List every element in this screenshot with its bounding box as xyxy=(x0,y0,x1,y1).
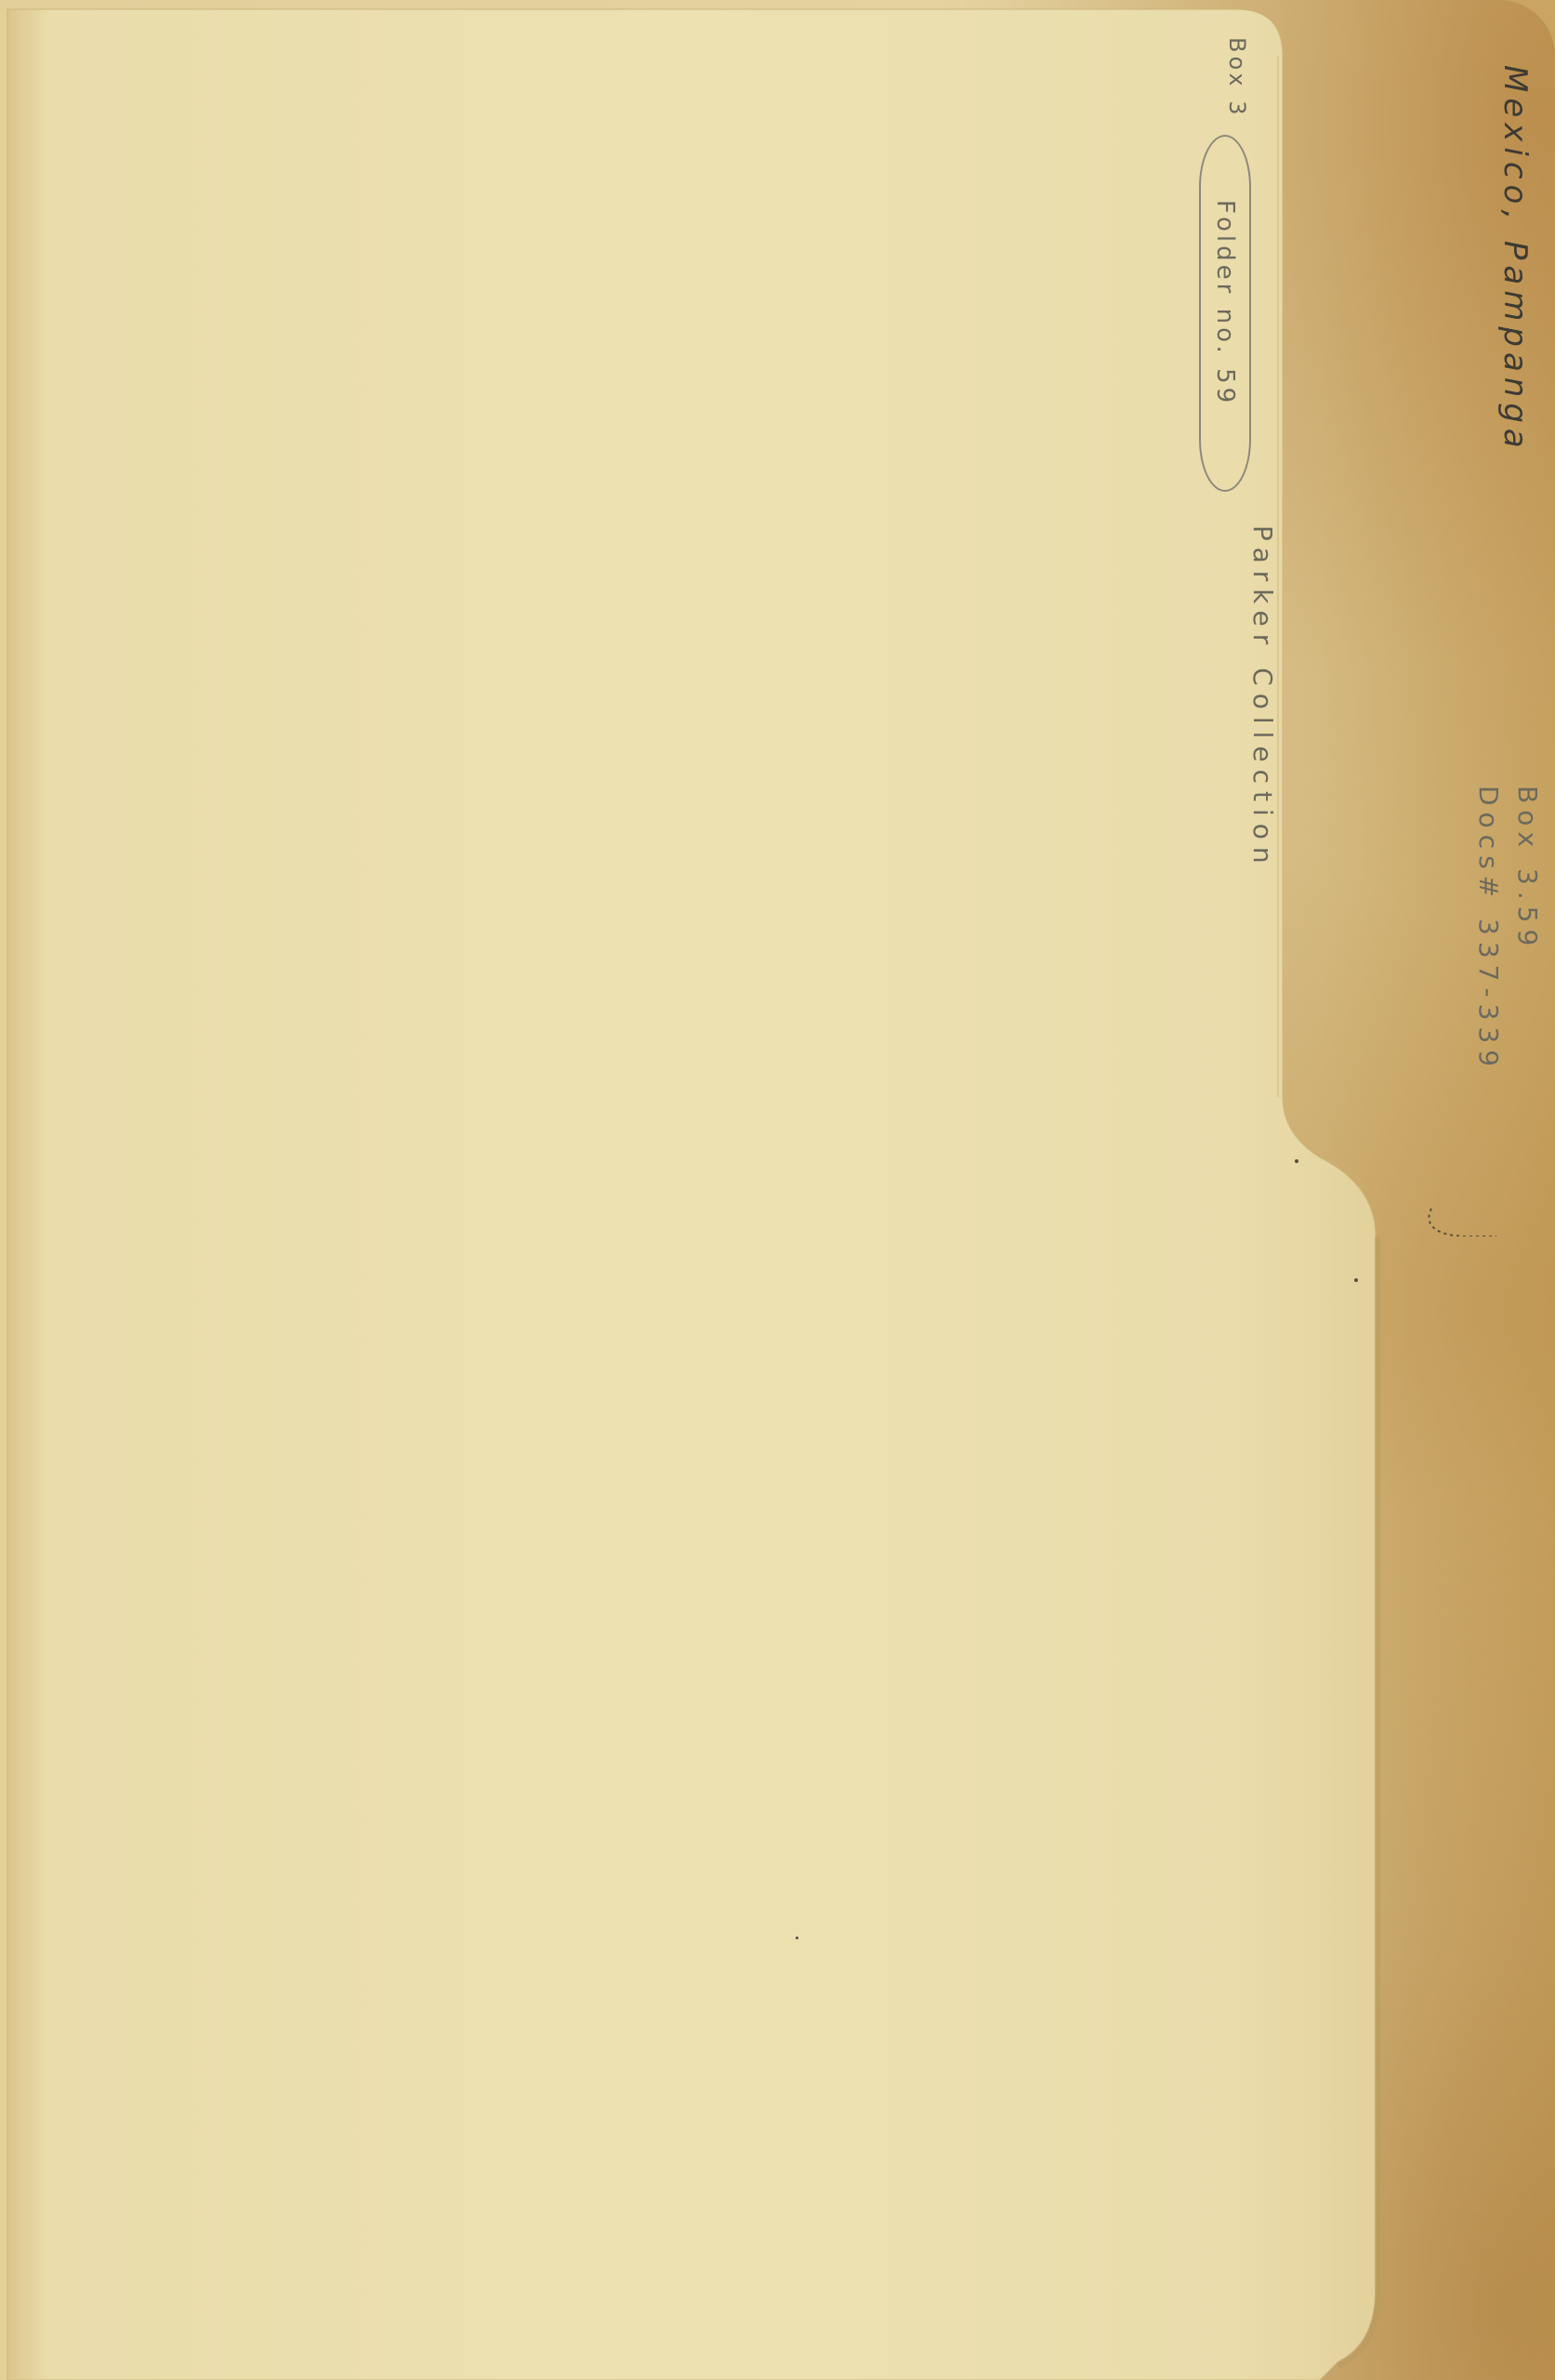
back-tab-title: Mexico, Pampanga xyxy=(1496,65,1534,454)
paper-spot xyxy=(1295,1159,1298,1163)
folder-number-label: Folder no. 59 xyxy=(1211,200,1239,406)
paper-spot xyxy=(796,1937,798,1939)
box-reference: Box 3.59 xyxy=(1512,786,1543,952)
paper-spot xyxy=(1354,1278,1358,1282)
collection-label: Parker Collection xyxy=(1247,525,1278,871)
docs-reference: Docs# 337-339 xyxy=(1473,786,1504,1073)
front-folder-panel xyxy=(0,0,1385,2380)
box-label: Box 3 xyxy=(1224,37,1250,119)
